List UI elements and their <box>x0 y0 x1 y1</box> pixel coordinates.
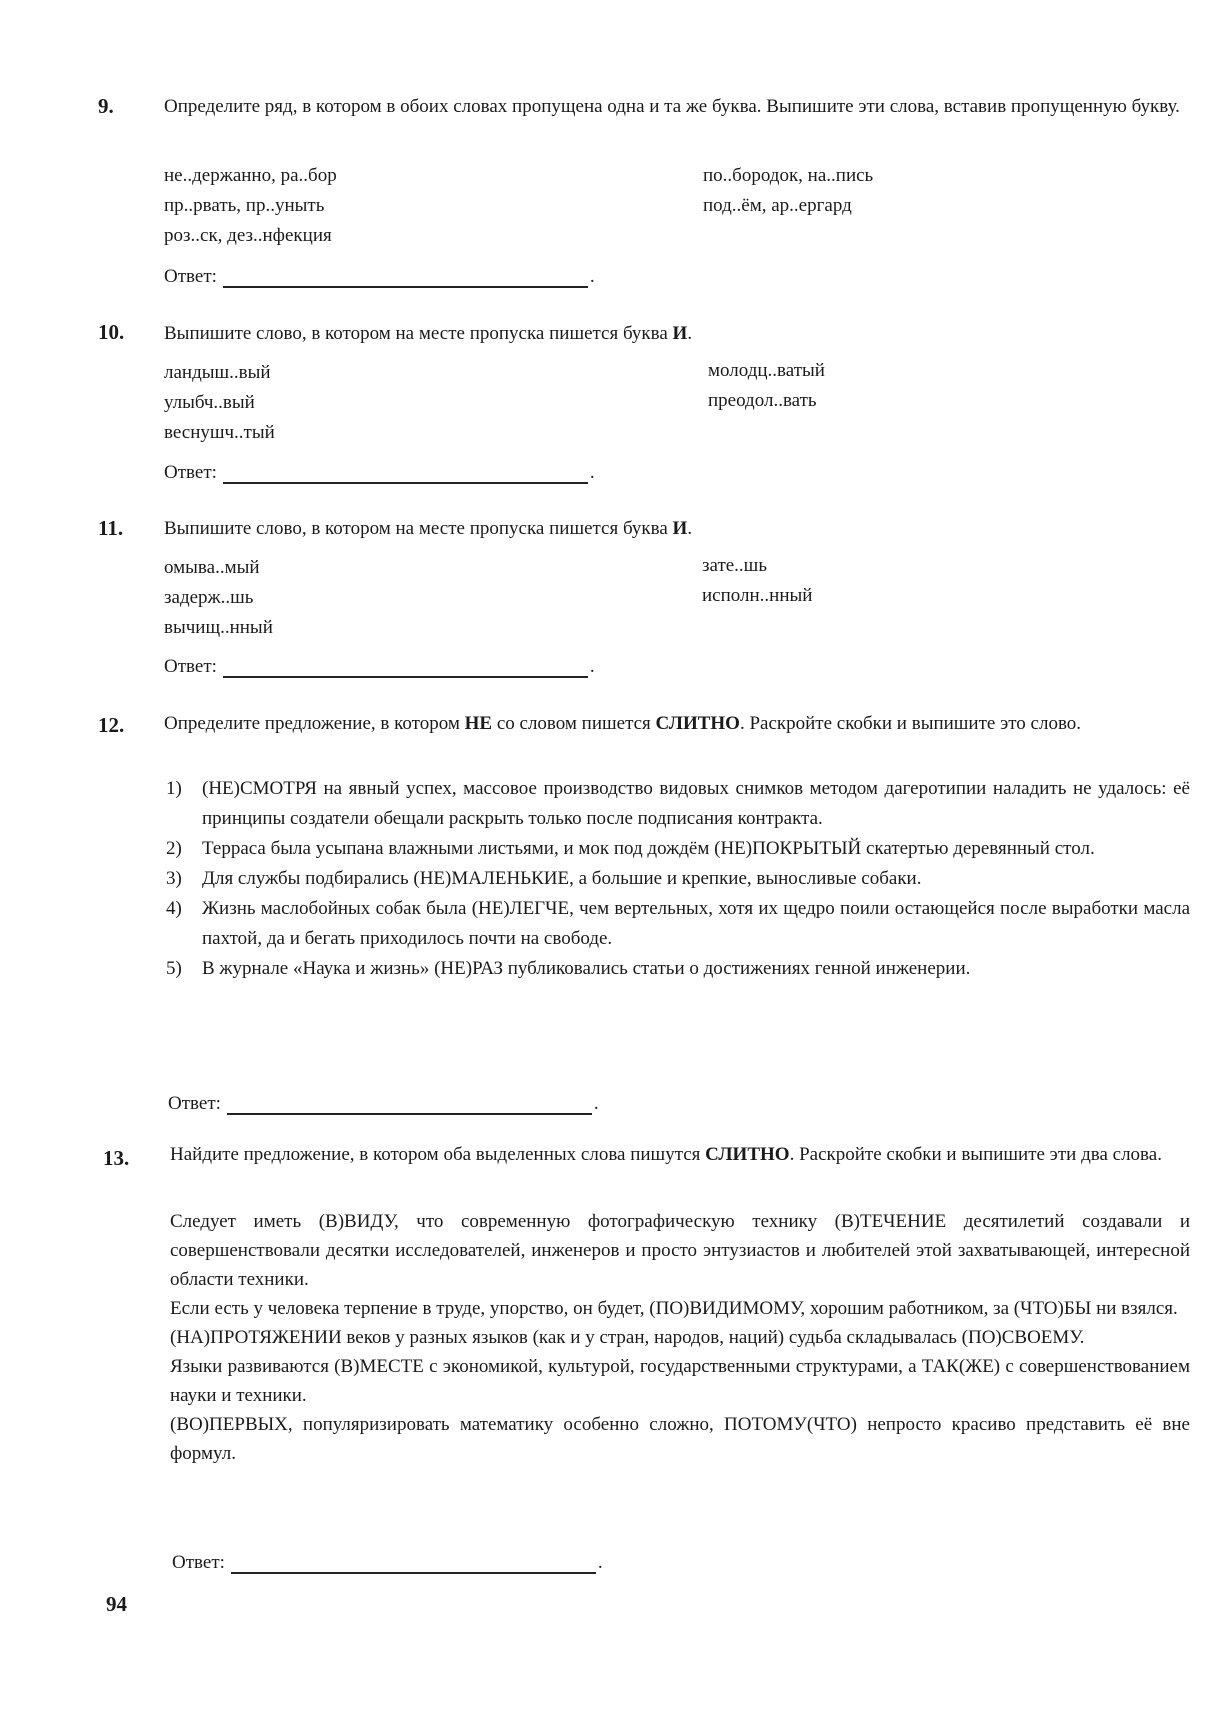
answer-label: Ответ: <box>164 656 217 678</box>
word-option: омыва..мый <box>164 553 273 583</box>
answer-label: Ответ: <box>164 266 217 288</box>
word-option: вычищ..нный <box>164 613 273 643</box>
word-option: преодол..вать <box>708 386 825 416</box>
sentence: (ВО)ПЕРВЫХ, популяризировать математику … <box>170 1410 1190 1468</box>
question-text: . Раскройте скобки и выпишите это слово. <box>740 713 1081 734</box>
word-option: не..держанно, ра..бор <box>164 161 337 191</box>
task-question: Найдите предложение, в котором оба выдел… <box>170 1139 1190 1170</box>
answer-end: . <box>590 656 595 678</box>
word-option: роз..ск, дез..нфекция <box>164 221 337 251</box>
task-number: 10. <box>98 320 124 345</box>
question-text: . <box>687 323 692 344</box>
word-option: пр..рвать, пр..уныть <box>164 191 337 221</box>
question-text: . <box>687 518 692 539</box>
answer-end: . <box>594 1093 599 1115</box>
question-text: Выпишите слово, в котором на месте пропу… <box>164 323 673 344</box>
word-list-left: ландыш..вый улыбч..вый веснушч..тый <box>164 358 275 448</box>
option-item: 4)Жизнь маслобойных собак была (НЕ)ЛЕГЧЕ… <box>166 894 1190 954</box>
sentence: Если есть у человека терпение в труде, у… <box>170 1294 1190 1323</box>
sentence: Языки развиваются (В)МЕСТЕ с экономикой,… <box>170 1352 1190 1410</box>
answer-label: Ответ: <box>164 462 217 484</box>
word-option: веснушч..тый <box>164 418 275 448</box>
page-number: 94 <box>106 1592 127 1617</box>
option-text: Жизнь маслобойных собак была (НЕ)ЛЕГЧЕ, … <box>202 894 1190 954</box>
word-list-right: молодц..ватый преодол..вать <box>708 356 825 416</box>
task-number: 13. <box>103 1146 129 1171</box>
word-option: по..бородок, на..пись <box>703 161 873 191</box>
answer-line[interactable] <box>227 1093 592 1115</box>
word-list-right: зате..шь исполн..нный <box>702 551 812 611</box>
task-question: Выпишите слово, в котором на месте пропу… <box>164 513 1189 544</box>
answer-line[interactable] <box>223 462 588 484</box>
options-list: 1)(НЕ)СМОТРЯ на явный успех, массовое пр… <box>166 774 1190 984</box>
task-number: 12. <box>98 713 124 738</box>
answer-line[interactable] <box>231 1552 596 1574</box>
answer-field[interactable]: Ответ: . <box>168 1093 599 1115</box>
question-emphasis: СЛИТНО <box>705 1144 789 1165</box>
task-number: 11. <box>98 516 123 541</box>
sentences-block: Следует иметь (В)ВИДУ, что современную ф… <box>170 1207 1190 1468</box>
task-number: 9. <box>98 94 114 119</box>
question-text: Выпишите слово, в котором на месте пропу… <box>164 518 673 539</box>
answer-end: . <box>590 266 595 288</box>
option-item: 3)Для службы подбирались (НЕ)МАЛЕНЬКИЕ, … <box>166 864 1190 894</box>
question-emphasis: И <box>673 323 688 344</box>
option-number: 2) <box>166 834 202 864</box>
option-number: 1) <box>166 774 202 834</box>
answer-end: . <box>590 462 595 484</box>
answer-line[interactable] <box>223 266 588 288</box>
question-text: . Раскройте скобки и выпишите эти два сл… <box>790 1144 1162 1165</box>
answer-end: . <box>598 1552 603 1574</box>
task-question: Определите предложение, в котором НЕ со … <box>164 708 1189 739</box>
option-text: Терраса была усыпана влажными листьями, … <box>202 834 1190 864</box>
option-number: 4) <box>166 894 202 954</box>
question-emphasis: СЛИТНО <box>656 713 740 734</box>
word-list-right: по..бородок, на..пись под..ём, ар..ергар… <box>703 161 873 221</box>
question-text: Найдите предложение, в котором оба выдел… <box>170 1144 705 1165</box>
option-item: 2)Терраса была усыпана влажными листьями… <box>166 834 1190 864</box>
word-option: под..ём, ар..ергард <box>703 191 873 221</box>
option-item: 5)В журнале «Наука и жизнь» (НЕ)РАЗ публ… <box>166 954 1190 984</box>
word-list-left: не..держанно, ра..бор пр..рвать, пр..уны… <box>164 161 337 251</box>
task-question: Выпишите слово, в котором на месте пропу… <box>164 318 1189 349</box>
word-list-left: омыва..мый задерж..шь вычищ..нный <box>164 553 273 643</box>
task-question: Определите ряд, в котором в обоих словах… <box>164 91 1189 122</box>
answer-line[interactable] <box>223 656 588 678</box>
answer-field[interactable]: Ответ: . <box>164 266 595 288</box>
answer-field[interactable]: Ответ: . <box>164 656 595 678</box>
sentence: (НА)ПРОТЯЖЕНИИ веков у разных языков (ка… <box>170 1323 1190 1352</box>
answer-field[interactable]: Ответ: . <box>172 1552 603 1574</box>
option-text: (НЕ)СМОТРЯ на явный успех, массовое прои… <box>202 774 1190 834</box>
word-option: улыбч..вый <box>164 388 275 418</box>
answer-label: Ответ: <box>168 1093 221 1115</box>
question-text: со словом пишется <box>492 713 655 734</box>
word-option: зате..шь <box>702 551 812 581</box>
option-number: 3) <box>166 864 202 894</box>
option-text: Для службы подбирались (НЕ)МАЛЕНЬКИЕ, а … <box>202 864 1190 894</box>
question-text: Определите предложение, в котором <box>164 713 465 734</box>
sentence: Следует иметь (В)ВИДУ, что современную ф… <box>170 1207 1190 1294</box>
word-option: задерж..шь <box>164 583 273 613</box>
answer-field[interactable]: Ответ: . <box>164 462 595 484</box>
option-number: 5) <box>166 954 202 984</box>
option-item: 1)(НЕ)СМОТРЯ на явный успех, массовое пр… <box>166 774 1190 834</box>
word-option: молодц..ватый <box>708 356 825 386</box>
answer-label: Ответ: <box>172 1552 225 1574</box>
option-text: В журнале «Наука и жизнь» (НЕ)РАЗ публик… <box>202 954 1190 984</box>
question-emphasis: И <box>673 518 688 539</box>
question-emphasis: НЕ <box>465 713 492 734</box>
word-option: исполн..нный <box>702 581 812 611</box>
word-option: ландыш..вый <box>164 358 275 388</box>
